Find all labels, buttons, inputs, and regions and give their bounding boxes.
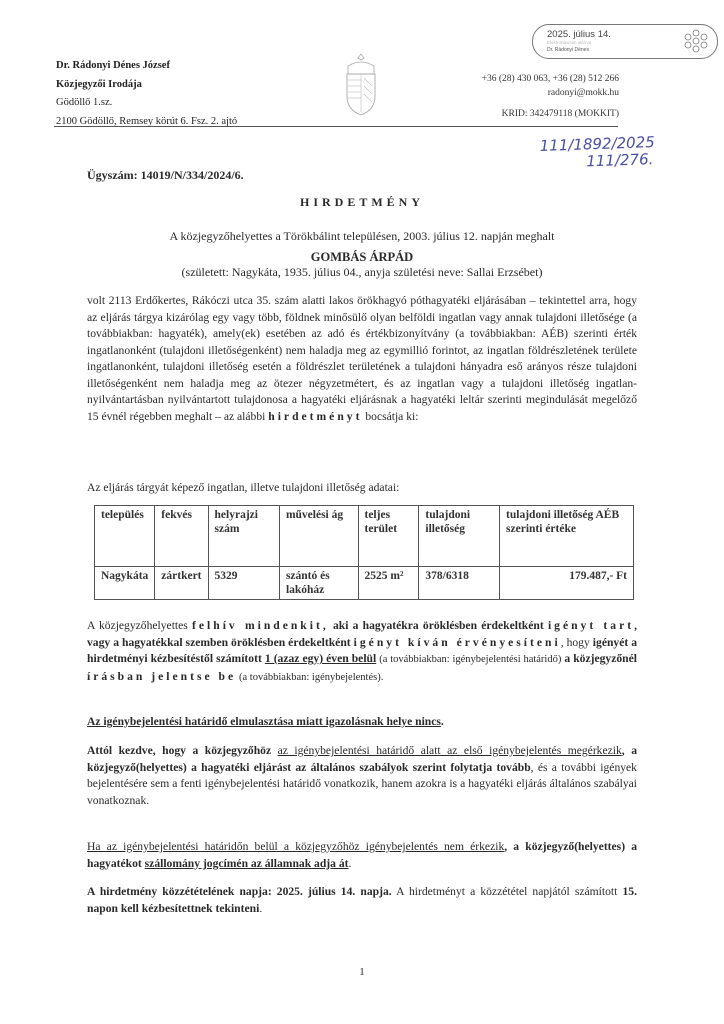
col-muvelesi-ag: művelési ág: [279, 506, 358, 567]
col-fekves: fekvés: [155, 506, 208, 567]
first-claim-paragraph: Attól kezdve, hogy a közjegyzőhöz az igé…: [87, 743, 637, 809]
col-telepules: település: [95, 506, 155, 567]
notary-name: Dr. Rádonyi Dénes József: [56, 57, 237, 76]
hirdetmenyt-emphasis: hirdetményt: [268, 410, 362, 423]
office-name: Közjegyzői Irodája: [56, 76, 237, 95]
no-claim-paragraph: Ha az igénybejelentési határidőn belül a…: [87, 839, 637, 872]
table-row: Nagykáta zártkert 5329 szántó és lakóház…: [95, 567, 634, 600]
phone-numbers: +36 (28) 430 063, +36 (28) 512 266: [482, 72, 619, 86]
table-intro: Az eljárás tárgyát képező ingatlan, ille…: [87, 480, 637, 497]
electronic-signature-stamp: 2025. július 14. Elektronikusan aláírva …: [532, 24, 718, 59]
case-number: Ügyszám: 14019/N/334/2024/6.: [87, 168, 244, 183]
krid-id: KRID: 342479118 (MOKKIT): [502, 109, 619, 119]
stamp-date: 2025. július 14.: [547, 29, 611, 40]
deceased-name: GOMBÁS ÁRPÁD: [0, 250, 724, 265]
main-paragraph: volt 2113 Erdőkertes, Rákóczi utca 35. s…: [87, 293, 637, 425]
col-aeb-ertek: tulajdoni illetőség AÉB szerinti értéke: [500, 506, 634, 567]
no-excuse-paragraph: Az igénybejelentési határidő elmulasztás…: [87, 714, 637, 731]
handwritten-registry-number: 111/1892/2025 111/276.: [539, 134, 655, 172]
property-table: település fekvés helyrajzi szám művelési…: [94, 505, 634, 600]
deadline-underlined: 1 (azaz egy) éven belül: [265, 652, 376, 665]
col-helyrajzi-szam: helyrajzi szám: [208, 506, 279, 567]
notary-chamber-logo-icon: [683, 28, 709, 54]
publication-paragraph: A hirdetmény közzétételének napja: 2025.…: [87, 884, 637, 917]
call-paragraph: A közjegyzőhelyettes felhív mindenkit, a…: [87, 618, 637, 686]
document-title: HIRDETMÉNY: [0, 195, 724, 210]
col-teljes-terulet: teljes terület: [358, 506, 419, 567]
page-number: 1: [0, 966, 724, 978]
header-divider: [54, 126, 618, 127]
stamp-signer: Dr. Rádonyi Dénes: [547, 47, 589, 53]
deceased-details: (született: Nagykáta, 1935. július 04., …: [0, 265, 724, 280]
coat-of-arms-icon: [340, 52, 382, 118]
email: radonyi@mokk.hu: [482, 86, 619, 100]
table-header-row: település fekvés helyrajzi szám művelési…: [95, 506, 634, 567]
intro-line: A közjegyzőhelyettes a Törökbálint telep…: [0, 229, 724, 244]
contact-info: +36 (28) 430 063, +36 (28) 512 266 radon…: [482, 72, 619, 100]
stamp-line: Elektronikusan aláírva: [547, 40, 591, 45]
office-address: 2100 Gödöllő, Remsey körút 6. Fsz. 2. aj…: [56, 113, 237, 132]
col-tulajdoni-illetoseg: tulajdoni illetőség: [419, 506, 500, 567]
office-header: Dr. Rádonyi Dénes József Közjegyzői Irod…: [56, 57, 237, 131]
office-seat: Gödöllő 1.sz.: [56, 94, 237, 113]
